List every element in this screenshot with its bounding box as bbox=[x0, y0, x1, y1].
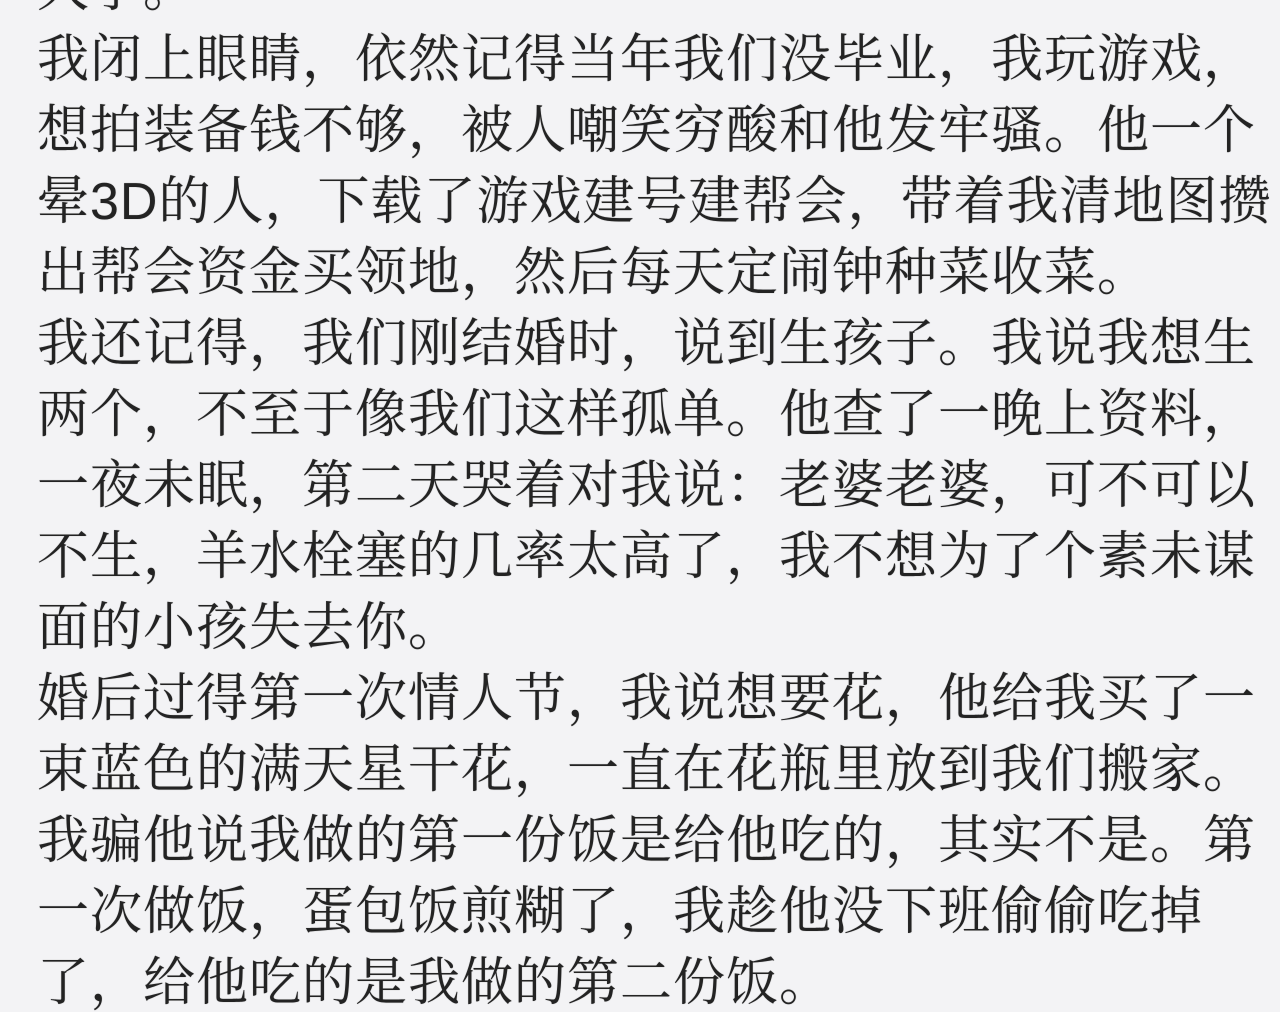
page-background: { "page": { "background_color": "#f3f3f5… bbox=[0, 0, 1280, 1012]
text-line: 两个，不至于像我们这样孤单。他查了一晚上资料， bbox=[37, 380, 1280, 451]
text-line: 了，给他吃的是我做的第二份饭。 bbox=[37, 948, 1280, 1012]
text-line: 我骗他说我做的第一份饭是给他吃的，其实不是。第 bbox=[37, 806, 1280, 877]
text-line: 想拍装备钱不够，被人嘲笑穷酸和他发牢骚。他一个 bbox=[37, 96, 1280, 167]
text-line: 婚后过得第一次情人节，我说想要花，他给我买了一 bbox=[37, 664, 1280, 735]
story-text-block: 大了。 我闭上眼睛，依然记得当年我们没毕业，我玩游戏， 想拍装备钱不够，被人嘲笑… bbox=[0, 0, 1280, 1012]
text-line: 一夜未眠，第二天哭着对我说：老婆老婆，可不可以 bbox=[37, 451, 1280, 522]
text-line: 束蓝色的满天星干花，一直在花瓶里放到我们搬家。 bbox=[37, 735, 1280, 806]
text-line: 不生，羊水栓塞的几率太高了，我不想为了个素未谋 bbox=[37, 522, 1280, 593]
text-line: 晕3D的人，下载了游戏建号建帮会，带着我清地图攒 bbox=[37, 167, 1280, 238]
text-line-clipped: 大了。 bbox=[37, 0, 1280, 25]
text-line: 一次做饭，蛋包饭煎糊了，我趁他没下班偷偷吃掉 bbox=[37, 877, 1280, 948]
text-line: 我闭上眼睛，依然记得当年我们没毕业，我玩游戏， bbox=[37, 25, 1280, 96]
text-line: 我还记得，我们刚结婚时，说到生孩子。我说我想生 bbox=[37, 309, 1280, 380]
text-line: 出帮会资金买领地，然后每天定闹钟种菜收菜。 bbox=[37, 238, 1280, 309]
text-line: 面的小孩失去你。 bbox=[37, 593, 1280, 664]
